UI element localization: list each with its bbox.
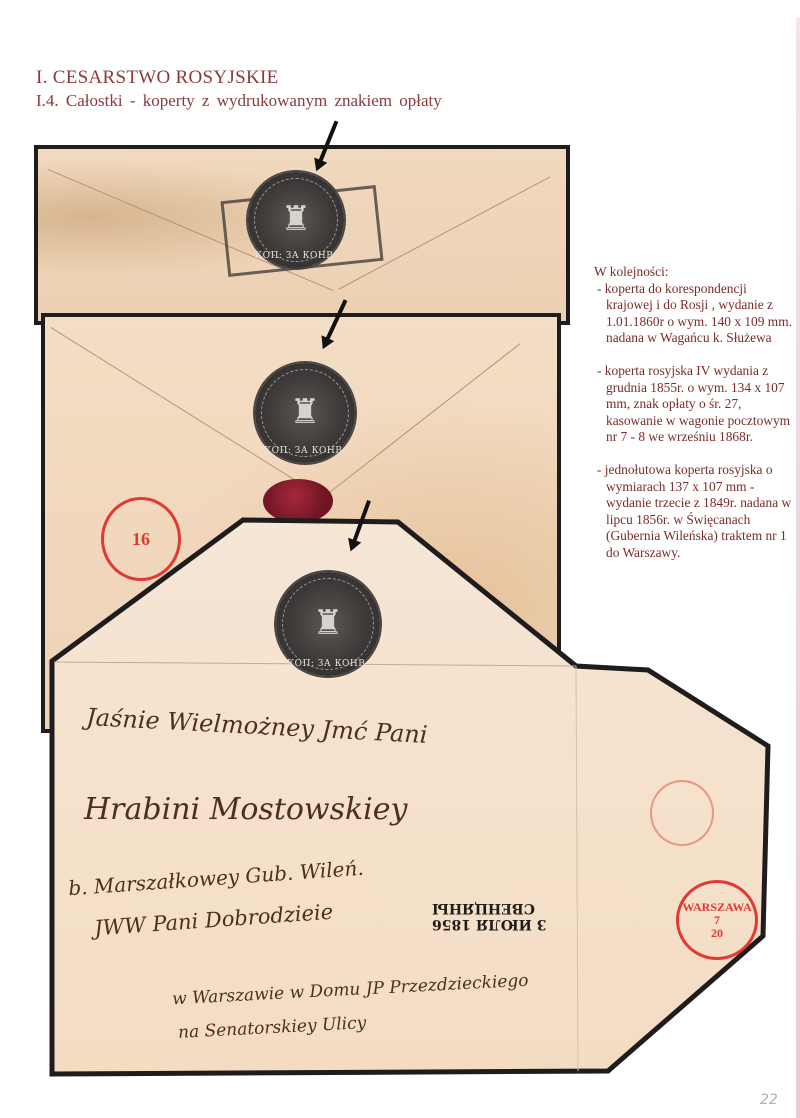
notes-intro: W kolejności:: [594, 264, 794, 281]
warszawa-postmark: WARSZAWA 7 20: [676, 880, 758, 960]
cancel-date: 3 ИЮЛЯ 1856: [432, 916, 546, 932]
postmark-day: 7: [714, 914, 720, 927]
postage-stamp-imprint: ♜ КОП: ЗА КОНВ.: [255, 363, 355, 463]
envelope-1849: ♜ КОП: ЗА КОНВ. Jaśnie Wielmożney Jmć Pa…: [48, 516, 778, 1078]
cancel-town: СВЕНЦЯНЫ: [432, 900, 546, 916]
stamp-label: КОП: ЗА КОНВ.: [255, 446, 355, 456]
note-item: - jednołutowa koperta rosyjska o wymiara…: [594, 462, 794, 562]
address-line: Hrabini Mostowskiey: [84, 792, 407, 827]
section-title: I. CESARSTWO ROSYJSKIE: [36, 66, 442, 90]
stamp-ring: [254, 178, 338, 262]
page-edge: [796, 18, 800, 1118]
postage-stamp-imprint: ♜ КОП: ЗА КОНВ.: [276, 572, 380, 676]
envelope-1860: ♜ КОП: ЗА КОНВ.: [34, 145, 570, 325]
note-item: - koperta do korespondencji krajowej i d…: [594, 281, 794, 347]
section-subtitle: I.4. Całostki - koperty z wydrukowanym z…: [36, 90, 442, 112]
page-heading: I. CESARSTWO ROSYJSKIE I.4. Całostki - k…: [36, 66, 442, 112]
description-notes: W kolejności: - koperta do korespondencj…: [594, 264, 794, 578]
postmark-city: WARSZAWA: [682, 901, 751, 914]
stamp-label: КОП: ЗА КОНВ.: [248, 251, 344, 261]
page-number: 22: [760, 1092, 778, 1108]
stamp-ring: [261, 369, 349, 457]
town-cancel: 3 ИЮЛЯ 1856 СВЕНЦЯНЫ: [432, 900, 546, 932]
stamp-ring: [282, 578, 374, 670]
postmark-month: 20: [711, 927, 723, 940]
note-item: - koperta rosyjska IV wydania z grudnia …: [594, 363, 794, 446]
stamp-label: КОП: ЗА КОНВ.: [276, 659, 380, 669]
faint-red-postmark: [650, 780, 714, 846]
postage-stamp-imprint: ♜ КОП: ЗА КОНВ.: [248, 172, 344, 268]
